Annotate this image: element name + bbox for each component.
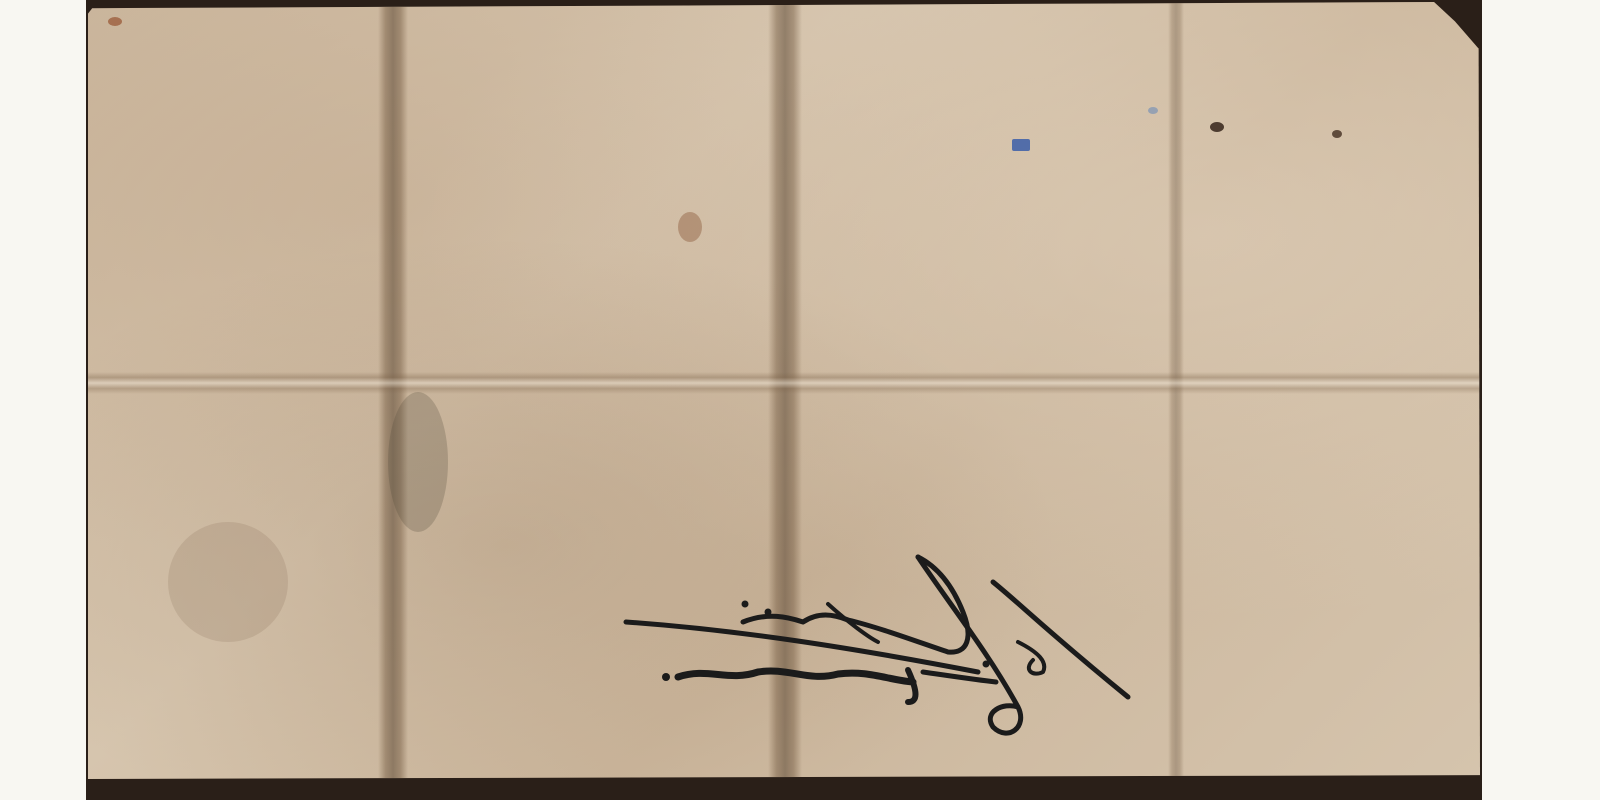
- dark-spot: [1332, 130, 1342, 138]
- paper-note: Handwritten ink signature (illegible): [88, 2, 1480, 779]
- dirt-smudge: [388, 392, 448, 532]
- rust-stain: [108, 17, 122, 26]
- discoloration: [168, 522, 288, 642]
- blue-ink-mark: [1012, 139, 1030, 151]
- fold-line-horizontal: [88, 372, 1480, 394]
- brown-stain: [678, 212, 702, 242]
- dark-spot: [1210, 122, 1224, 132]
- handwritten-signature: [618, 542, 1138, 742]
- blue-ink-mark: [1148, 107, 1158, 114]
